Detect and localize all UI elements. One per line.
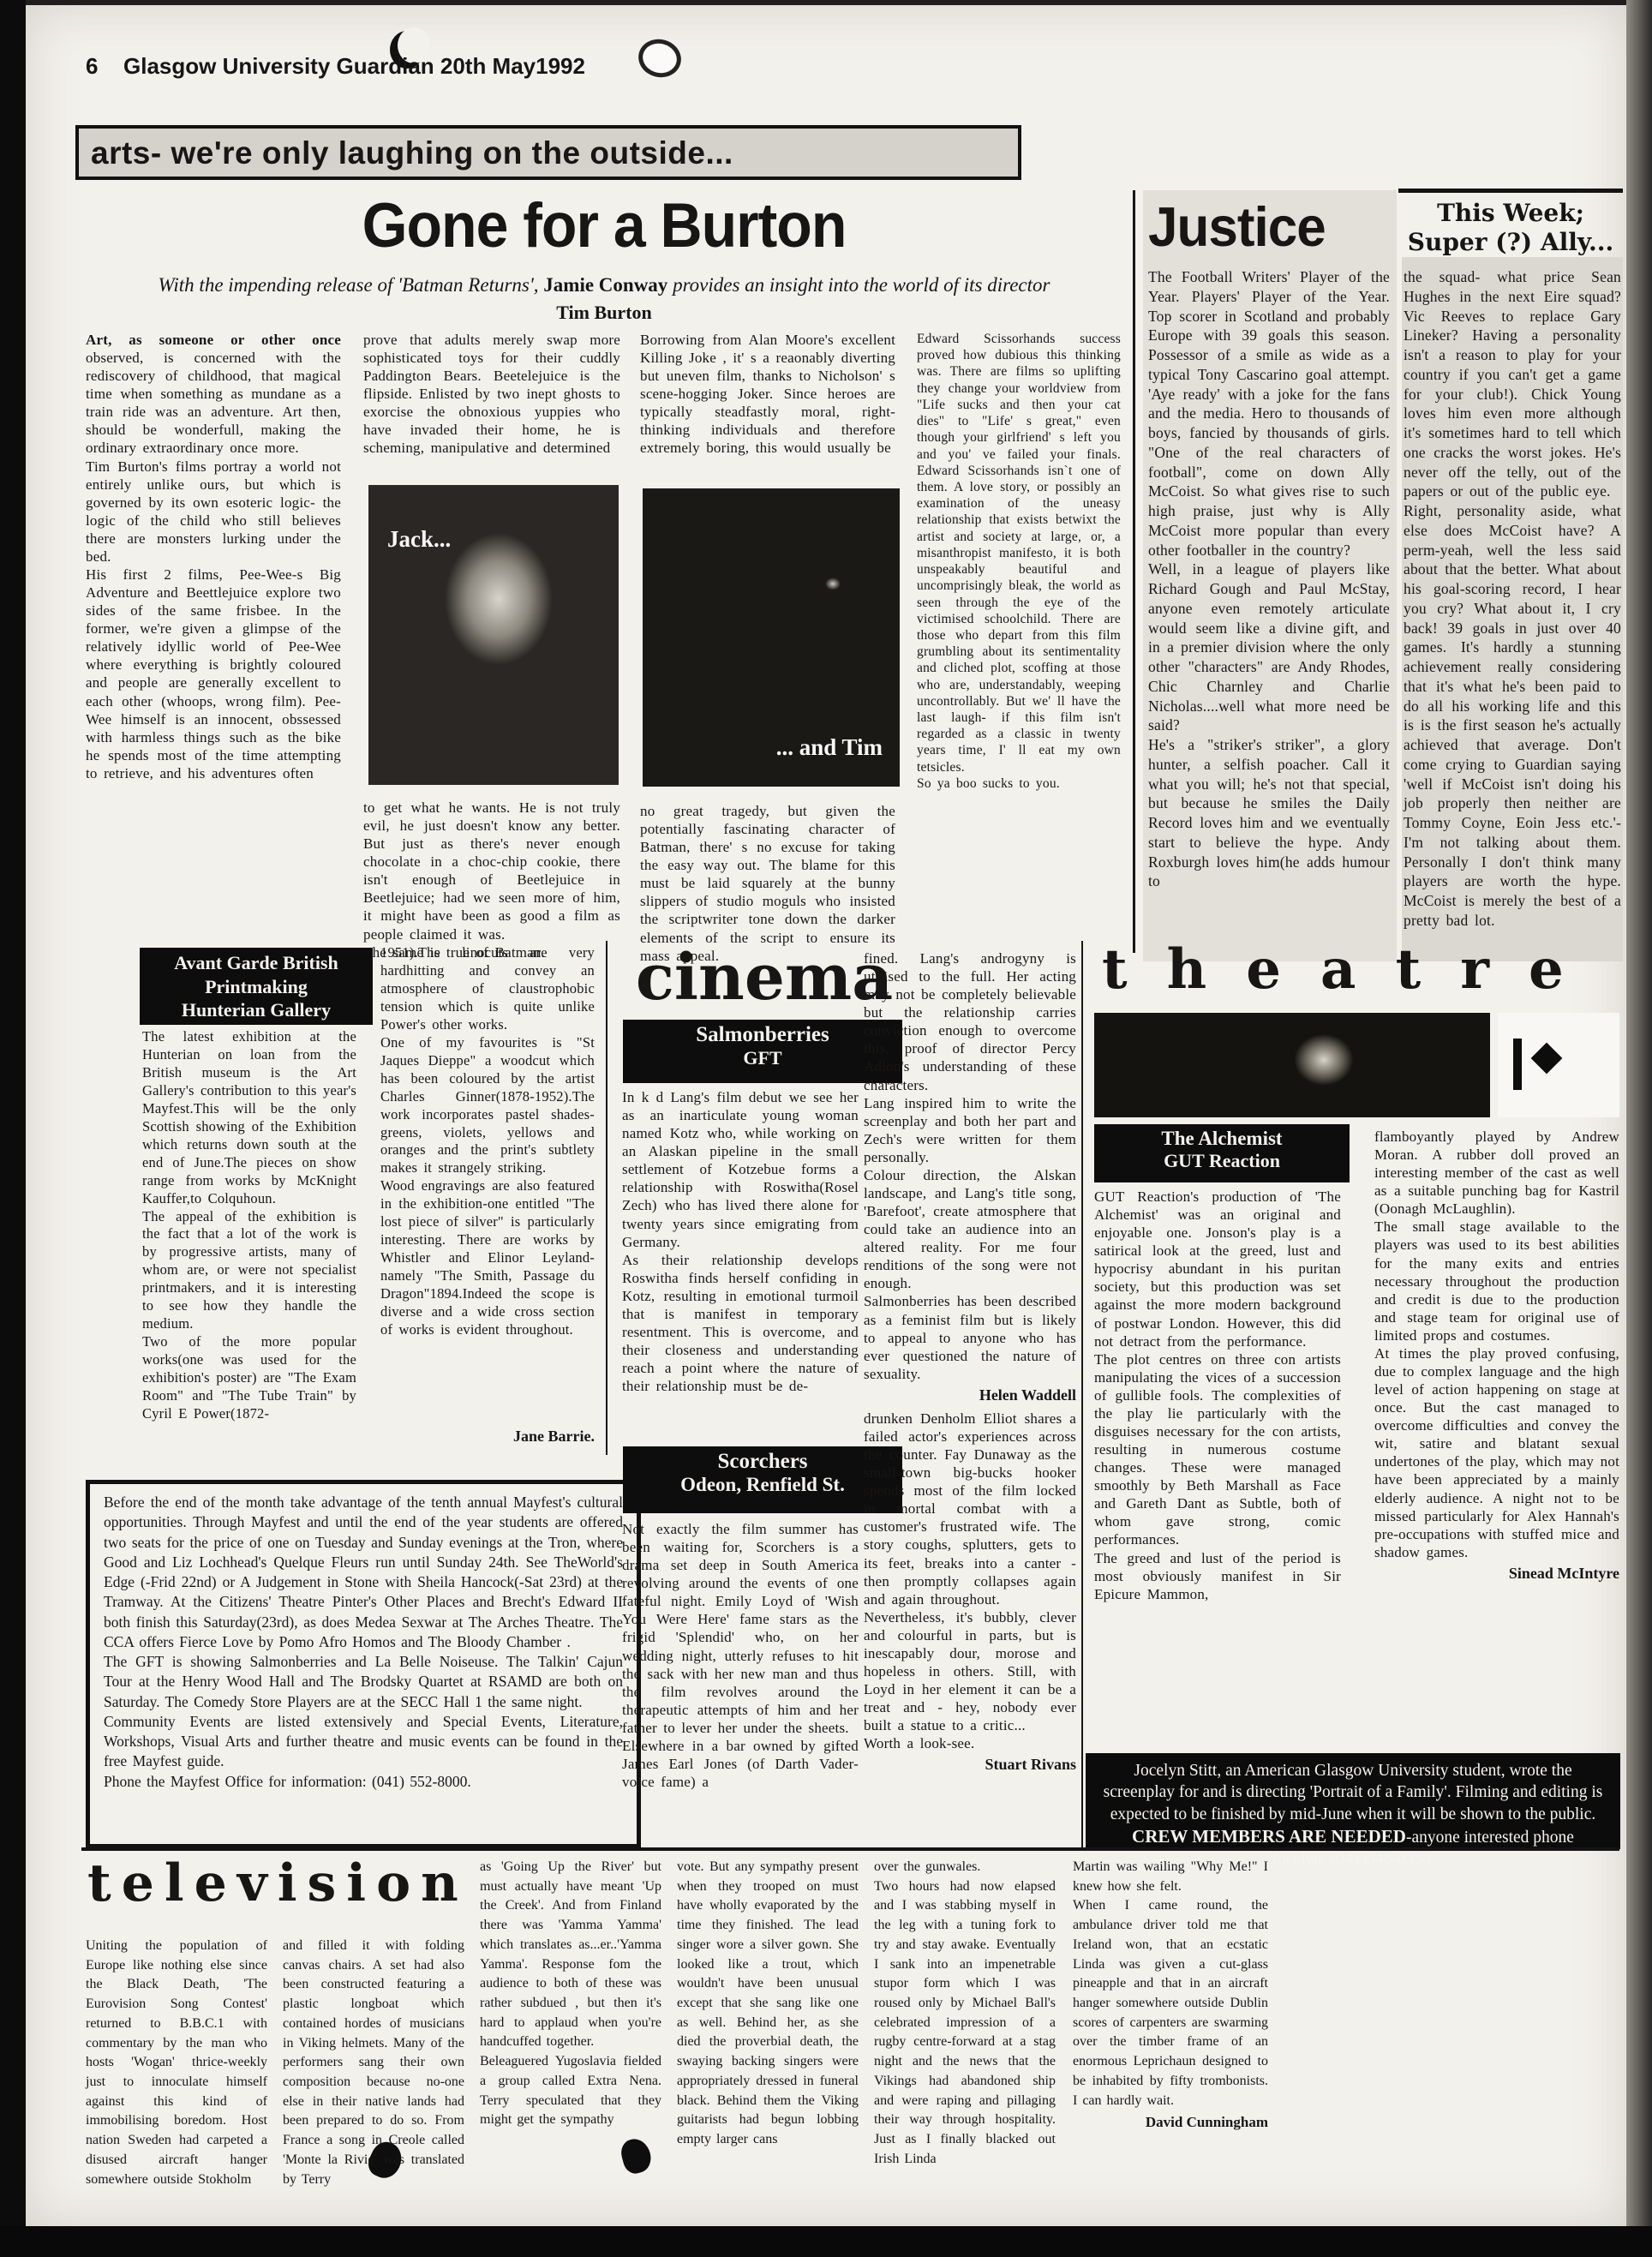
burton-column-2b: to get what he wants. He is not truly ev… <box>363 799 620 961</box>
justice-headline: Justice <box>1148 195 1326 260</box>
thisweek-title-line1: This Week; <box>1398 199 1623 228</box>
tim-burton-photo: ... and Tim <box>643 488 900 787</box>
gallery-column-1: The latest exhibition at the Hunterian o… <box>142 1028 356 1423</box>
page-number: 6 <box>86 53 98 80</box>
newspaper-scan-page: { "page": { "number": "6", "masthead": "… <box>0 0 1652 2257</box>
standfirst-pre: With the impending release of 'Batman Re… <box>159 274 544 296</box>
photo-fragment <box>1498 1013 1619 1117</box>
justice-column-1: The Football Writers' Player of the Year… <box>1148 267 1390 891</box>
divider-gallery-cinema <box>606 941 608 1455</box>
salmonberries-column-1: In k d Lang's film debut we see her as a… <box>622 1088 859 1395</box>
standfirst-post: provides an insight into the world of it… <box>667 274 1050 296</box>
alchemist-sub: GUT Reaction <box>1094 1150 1350 1172</box>
standfirst-author: Jamie Conway <box>543 274 667 296</box>
joker-photo: Jack... <box>368 485 619 785</box>
article-standfirst: With the impending release of 'Batman Re… <box>103 274 1105 296</box>
standfirst-subject: Tim Burton <box>103 302 1105 324</box>
alchemist-title-box: The Alchemist GUT Reaction <box>1094 1124 1350 1182</box>
scorchers-byline: Stuart Rivans <box>864 1756 1076 1774</box>
salmonberries-venue: GFT <box>623 1047 902 1069</box>
scorchers-column-1: Not exactly the film summer has been wai… <box>622 1520 859 1791</box>
alchemist-column-2-wrap: flamboyantly played by Andrew Moran. A r… <box>1374 1128 1619 1583</box>
television-byline: David Cunningham <box>1073 2114 1268 2131</box>
television-column-3: as 'Going Up the River' but must actuall… <box>480 1858 661 2130</box>
tim-photo-caption: ... and Tim <box>776 734 883 761</box>
alchemist-title: The Alchemist <box>1094 1128 1350 1150</box>
alchemist-column-2: flamboyantly played by Andrew Moran. A r… <box>1374 1128 1619 1561</box>
television-column-6: Martin was wailing "Why Me!" I knew how … <box>1073 1858 1268 2110</box>
thisweek-top-rule <box>1398 189 1623 193</box>
section-banner-arts: arts- we're only laughing on the outside… <box>75 125 1021 180</box>
thisweek-title: This Week; Super (?) Ally... <box>1398 199 1623 256</box>
salmonberries-title: Salmonberries <box>623 1023 902 1047</box>
salmonberries-title-box: Salmonberries GFT <box>623 1020 902 1083</box>
gallery-byline: Jane Barrie. <box>380 1428 595 1446</box>
television-column-6-wrap: Martin was wailing "Why Me!" I knew how … <box>1073 1858 1268 2131</box>
burton-column-4: Edward Scissorhands success proved how d… <box>917 331 1121 792</box>
gallery-title-line2: Printmaking <box>140 975 373 999</box>
salmonberries-byline: Helen Waddell <box>864 1386 1076 1404</box>
mayfest-listings-box: Before the end of the month take advanta… <box>86 1480 641 1848</box>
burton-col1-more: Tim Burton's films portray a world not e… <box>86 458 341 781</box>
burton-column-3a: Borrowing from Alan Moore's excellent Ki… <box>640 331 895 458</box>
gallery-title-box: Avant Garde British Printmaking Hunteria… <box>140 948 373 1025</box>
scorchers-title: Scorchers <box>623 1450 902 1474</box>
television-column-4: vote. But any sympathy present when they… <box>677 1858 859 2150</box>
scorchers-column-2: drunken Denholm Elliot shares a failed a… <box>864 1410 1076 1752</box>
cinema-column-2: fined. Lang's androgyny is utilised to t… <box>864 949 1076 1774</box>
burton-lead: Art, as someone or other once <box>86 332 341 348</box>
thisweek-title-line2: Super (?) Ally... <box>1398 228 1623 257</box>
scorchers-venue: Odeon, Renfield St. <box>623 1474 902 1496</box>
gallery-title-line3: Hunterian Gallery <box>140 998 373 1022</box>
television-header: television <box>87 1858 469 1909</box>
alchemist-byline: Sinead McIntyre <box>1374 1565 1619 1583</box>
scan-edge-left <box>0 0 26 2257</box>
alchemist-photo <box>1094 1013 1490 1117</box>
scorchers-title-box: Scorchers Odeon, Renfield St. <box>623 1446 902 1513</box>
crew-body: Jocelyn Stitt, an American Glasgow Unive… <box>1104 1762 1603 1823</box>
article-headline-burton: Gone for a Burton <box>81 189 1127 261</box>
scan-edge-bottom <box>0 2226 1652 2257</box>
gallery-title-line1: Avant Garde British <box>140 951 373 975</box>
burton-col1-rest: observed, is concerned with the rediscov… <box>86 350 341 456</box>
cinema-header: cinema <box>624 946 905 1009</box>
salmonberries-column-2: fined. Lang's androgyny is utilised to t… <box>864 949 1076 1383</box>
divider-burton-justice <box>1133 190 1135 953</box>
justice-column-2: the squad- what price Sean Hughes in the… <box>1404 267 1621 931</box>
crew-notice-box: Jocelyn Stitt, an American Glasgow Unive… <box>1086 1753 1620 1849</box>
burton-column-1: Art, as someone or other once observed, … <box>86 331 341 782</box>
television-column-1: Uniting the population of Europe like no… <box>86 1937 267 2189</box>
theatre-header: theatre <box>1102 943 1603 997</box>
masthead: Glasgow University Guardian 20th May1992 <box>123 53 585 80</box>
gallery-column-2: 1951).The linocuts are very hardhitting … <box>380 944 595 1339</box>
crew-bold: CREW MEMBERS ARE NEEDED <box>1132 1826 1406 1847</box>
television-top-rule <box>81 1847 1619 1851</box>
alchemist-column-1: GUT Reaction's production of 'The Alchem… <box>1094 1188 1341 1603</box>
television-column-5: over the gunwales. Two hours had now ela… <box>874 1858 1056 2170</box>
burton-column-2a: prove that adults merely swap more sophi… <box>363 331 620 458</box>
joker-photo-caption: Jack... <box>387 526 451 553</box>
scan-edge-right <box>1626 0 1652 2257</box>
divider-cinema-theatre <box>1081 941 1083 1851</box>
television-column-2: and filled it with folding canvas chairs… <box>283 1937 464 2189</box>
